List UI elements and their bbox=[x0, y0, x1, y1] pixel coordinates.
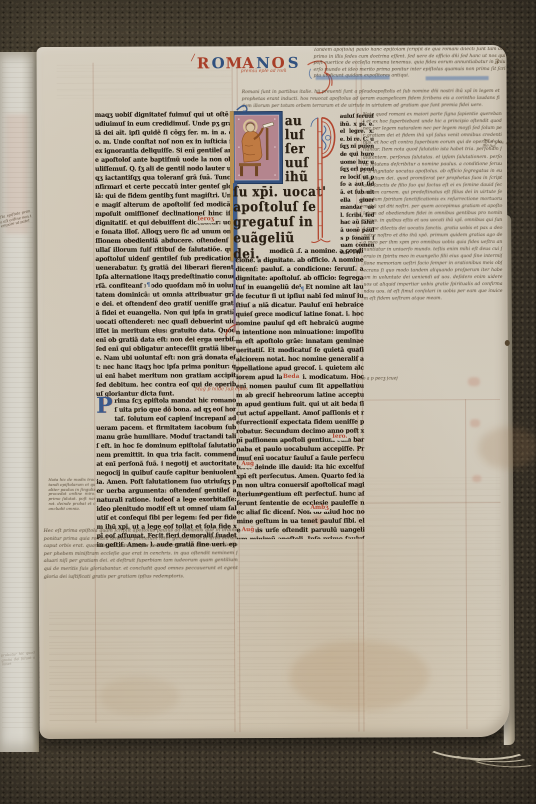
gold-bar bbox=[230, 111, 234, 184]
initial-top-ornament bbox=[234, 98, 248, 112]
rubric-citation: Beda bbox=[282, 374, 300, 381]
margin-note-edge: noṭ de hoc cap̃ ī gḷo ſup̃ bbox=[480, 138, 515, 167]
title-paraph-mark: ∕ bbox=[192, 53, 195, 63]
blue-highlight-streak bbox=[316, 75, 390, 79]
facing-page-sliver: Iſta epiſtola prima eſt ordine non tempo… bbox=[0, 52, 39, 752]
annotation-block-bottom: Hec eſt prima epiſtola quam ſcripſit apo… bbox=[44, 527, 238, 606]
margin-note-line: nõ a p̃ pecʒ ſcūeſ bbox=[360, 375, 450, 384]
lectern-pole bbox=[266, 128, 269, 160]
rubric-citation: Aug̃ bbox=[240, 461, 255, 468]
ruling-line bbox=[364, 399, 500, 401]
manuscript-photo: Iſta epiſtola prima eſt ordine non tempo… bbox=[0, 0, 536, 804]
title-letter: O bbox=[211, 54, 226, 72]
gloss-column-left: maqʒ uobiſ dignitateſ fuimuſ qui ut oſtẽ… bbox=[95, 110, 236, 397]
gloss-text: rima ſcʒ epiſtola mandat hic romanoſ uit… bbox=[96, 397, 237, 549]
show-through-rubric-smudge bbox=[468, 377, 480, 386]
paraph-mark: ¶ bbox=[300, 287, 306, 294]
parchment-stain bbox=[478, 427, 536, 469]
paraph-mark: ¶ bbox=[146, 283, 152, 290]
bible-text-line: euãgeliũ bbox=[233, 231, 294, 246]
bench bbox=[239, 163, 261, 166]
pen-flourish-initial-p: P bbox=[96, 397, 114, 416]
penwork-initial-p bbox=[310, 112, 341, 246]
gloss-narrow-column: auluſ ſeruuſ ihū. x pī. e. el legre. x. … bbox=[340, 114, 375, 254]
parchment-stain bbox=[99, 676, 179, 716]
rubric-citation: Ambʒ bbox=[309, 505, 329, 512]
rubric-citation: Aug̃ bbox=[241, 527, 256, 534]
rubric-citation: Iero. bbox=[331, 434, 348, 441]
rubric-citation: Ieroʒ bbox=[196, 216, 215, 223]
show-through-rubric-smudge bbox=[470, 419, 480, 427]
bible-text-line: apoſtoluſ ſe bbox=[233, 200, 316, 215]
manuscript-page: ∕ROMANOS premiũ epłe ad rom̃ 3 Tandem ap… bbox=[36, 45, 509, 739]
bible-text-line: gregatuſ in bbox=[233, 215, 313, 230]
ink-speck bbox=[505, 340, 510, 346]
title-letter: R bbox=[196, 54, 211, 72]
parchment-stain bbox=[289, 640, 429, 711]
red-cursive-note: Mag̃ p̃ hildẽ ſup̃ epłas bbox=[195, 387, 279, 392]
marginal-note: probatur hic quod gratia dei ſaluat omne… bbox=[1, 651, 37, 684]
gloss-column-left-second: Prima ſcʒ epiſtola mandat hic romanoſ ui… bbox=[96, 396, 237, 549]
title-letter: M bbox=[226, 54, 241, 72]
blue-highlight-streak bbox=[426, 76, 489, 80]
show-through-rubric-smudge bbox=[472, 475, 481, 482]
historiated-initial-miniature bbox=[230, 111, 283, 184]
annotation-block-top: Tandem apoſtoluſ paulo hanc epiſtolam ſc… bbox=[313, 47, 505, 88]
bible-text-line: ihũ bbox=[285, 170, 308, 185]
